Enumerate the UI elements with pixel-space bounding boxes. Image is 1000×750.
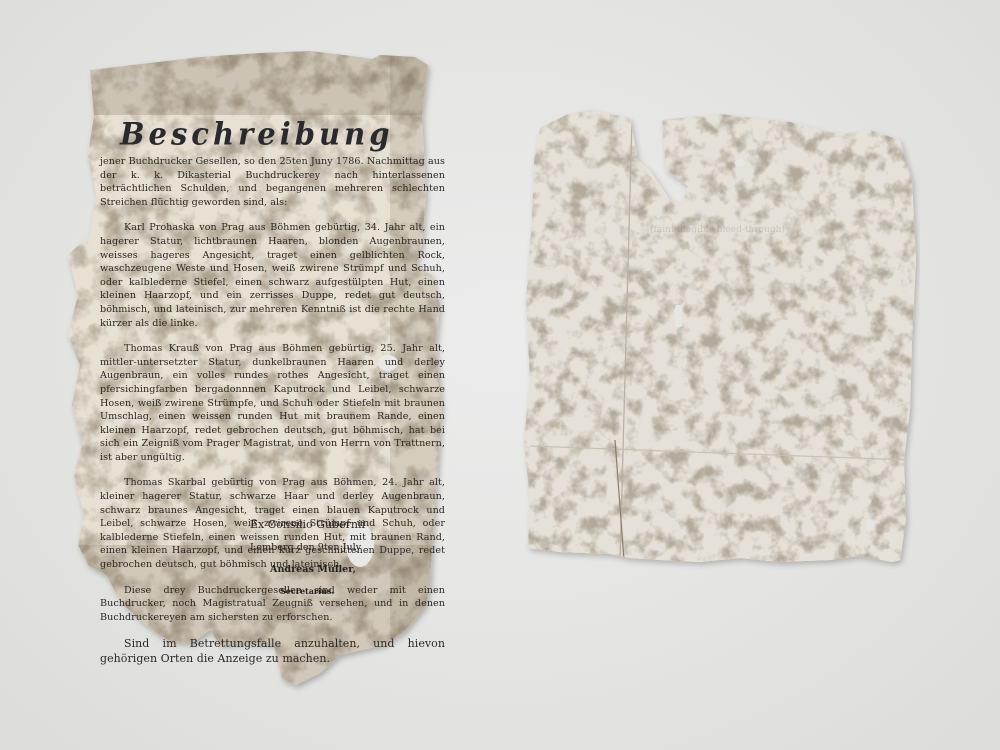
paragraph-krauss: Thomas Krauß von Prag aus Böhmen gebürti… xyxy=(100,342,445,464)
signature-line-4: Secretarius. xyxy=(280,586,334,596)
signature-line-2: Lemberg den 9ten July xyxy=(250,542,361,553)
paragraph-intro: jener Buchdrucker Gesellen, so den 25ten… xyxy=(100,155,445,209)
paragraph-instruction: Sind im Betrettungsfalle anzuhalten, und… xyxy=(100,636,445,666)
signature-line-3: Andreas Müller, xyxy=(270,564,356,575)
bleed-through-text: (faint illegible bleed-through) xyxy=(650,225,785,235)
left-body-text: jener Buchdrucker Gesellen, so den 25ten… xyxy=(100,155,445,678)
left-document: Beschreibung jener Buchdrucker Gesellen,… xyxy=(60,45,460,695)
signature-line-1: Ex Consilio Gubernii xyxy=(250,518,365,531)
paragraph-prohaska: Karl Prohaska von Prag aus Böhmen gebürt… xyxy=(100,221,445,330)
document-heading: Beschreibung xyxy=(120,116,390,152)
right-document: (faint illegible bleed-through) xyxy=(520,100,920,590)
right-paper-sheet xyxy=(520,100,920,590)
paragraph-notice: Diese drey Buchdruckergesellen sind wede… xyxy=(100,584,445,625)
